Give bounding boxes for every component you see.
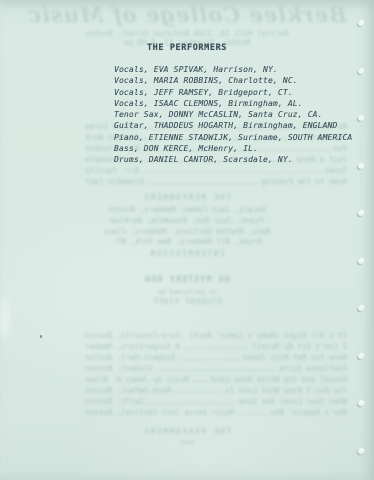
binder-hole <box>358 116 363 121</box>
binder-hole <box>358 164 363 169</box>
performer-line: Vocals, JEFF RAMSEY, Bridgeport, CT. <box>114 87 352 98</box>
performer-line: Vocals, MARIA ROBBINS, Charlotte, NC. <box>114 75 352 86</box>
binder-hole <box>358 401 363 406</box>
performer-line: Tenor Sax, DONNY McCASLIN, Santa Cruz, C… <box>114 109 352 120</box>
front-content: THE PERFORMERS Vocals, EVA SPIVAK, Harri… <box>0 0 374 480</box>
binder-hole <box>358 449 363 454</box>
performer-line: Piano, ETIENNE STADWIJK, Suriname, SOUTH… <box>114 132 352 143</box>
binder-hole <box>358 306 363 311</box>
page-title: THE PERFORMERS <box>0 43 374 53</box>
ink-speck <box>40 335 42 338</box>
binder-hole <box>358 259 363 264</box>
performer-line: Guitar, THADDEUS HOGARTH, Birmingham, EN… <box>114 120 352 131</box>
performer-line: Vocals, ISAAC CLEMONS, Birmingham, AL. <box>114 98 352 109</box>
performer-list: Vocals, EVA SPIVAK, Harrison, NY.Vocals,… <box>114 64 352 166</box>
performer-line: Vocals, EVA SPIVAK, Harrison, NY. <box>114 64 352 75</box>
binder-hole <box>358 69 363 74</box>
left-edge-light-patch <box>0 296 10 340</box>
performer-line: Bass, DON KERCE, McHenry, IL. <box>114 143 352 154</box>
binder-hole <box>358 211 363 216</box>
binder-hole <box>358 354 363 359</box>
performer-line: Drums, DANIEL CANTOR, Scarsdale, NY. <box>114 154 352 165</box>
scanned-program-page: Berklee College of Music Recital Hall 1A… <box>0 0 374 480</box>
binder-hole <box>358 21 363 26</box>
